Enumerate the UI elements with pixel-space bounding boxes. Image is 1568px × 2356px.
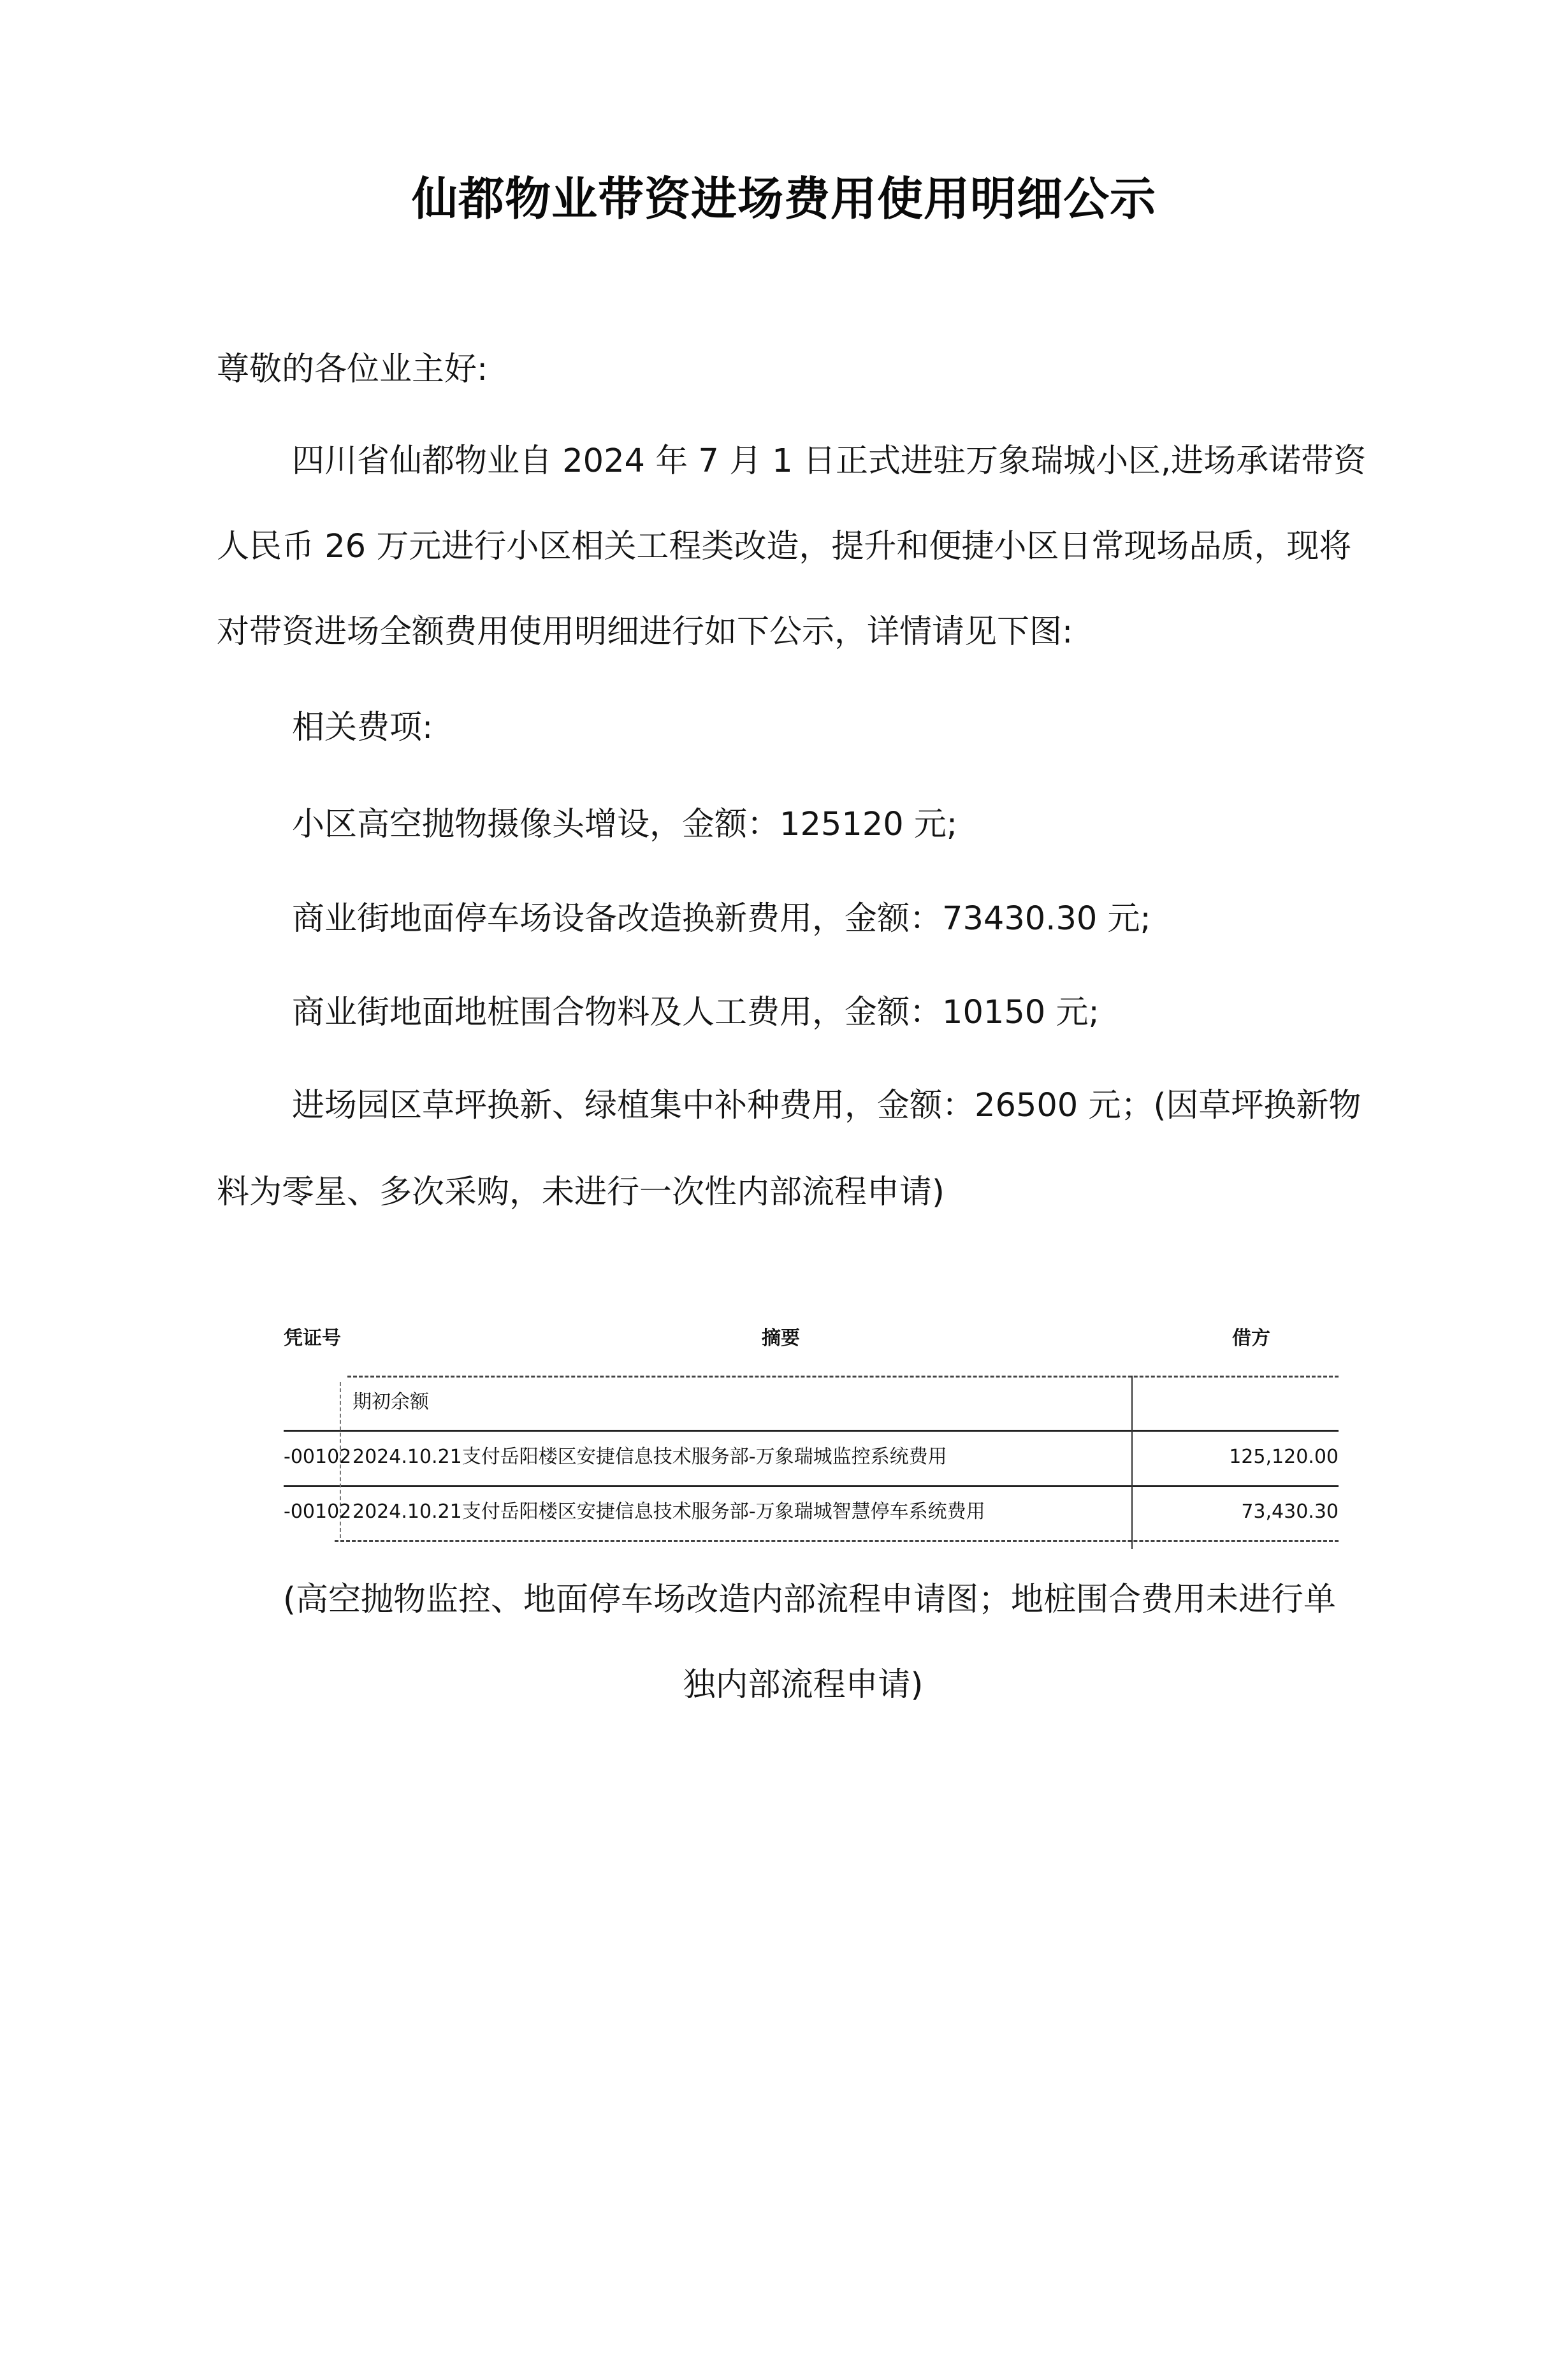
header-debit: 借方 [1232, 1326, 1270, 1351]
intro-line-1: 四川省仙都物业自 2024 年 7 月 1 日正式进驻万象瑞城小区,进场承诺带资 [292, 441, 1439, 482]
caption-line-1: (高空抛物监控、地面停车场改造内部流程申请图；地桩围合费用未进行单 [0, 1580, 1568, 1620]
document-page: 仙都物业带资进场费用使用明细公示 尊敬的各位业主好: 四川省仙都物业自 2024… [0, 0, 1568, 2356]
ledger-table: 凭证号 摘要 借方 期初余额 -00102 2024.10.21支付岳阳楼区安捷… [284, 1326, 1339, 1536]
caption-line-2: 独内部流程申请) [0, 1665, 1568, 1706]
header-summary: 摘要 [762, 1326, 800, 1351]
greeting: 尊敬的各位业主好: [217, 349, 1364, 390]
row-1-summary: 2024.10.21支付岳阳楼区安捷信息技术服务部-万象瑞城监控系统费用 [352, 1444, 947, 1470]
header-voucher-no: 凭证号 [284, 1326, 341, 1351]
table-rule [347, 1376, 1339, 1378]
expense-item-bollard: 商业街地面地桩围合物料及人工费用，金额：10150 元; [292, 993, 1439, 1033]
row-2-voucher-no: -00102 [284, 1499, 351, 1525]
table-rule [284, 1430, 1339, 1432]
table-rule [284, 1485, 1339, 1487]
row-1-voucher-no: -00102 [284, 1444, 351, 1470]
expense-item-lawn-line-2: 料为零星、多次采购，未进行一次性内部流程申请) [217, 1172, 1364, 1213]
row-2-debit: 73,430.30 [1141, 1499, 1339, 1525]
document-title: 仙都物业带资进场费用使用明细公示 [0, 167, 1568, 231]
expense-item-parking: 商业街地面停车场设备改造换新费用，金额：73430.30 元; [292, 899, 1439, 940]
table-rule [335, 1540, 1339, 1542]
expense-item-lawn-line-1: 进场园区草坪换新、绿植集中补种费用，金额：26500 元；(因草坪换新物 [292, 1086, 1439, 1126]
row-2-summary: 2024.10.21支付岳阳楼区安捷信息技术服务部-万象瑞城智慧停车系统费用 [352, 1499, 985, 1525]
intro-line-2: 人民币 26 万元进行小区相关工程类改造，提升和便捷小区日常现场品质，现将 [217, 527, 1364, 567]
row-opening-balance-summary: 期初余额 [352, 1390, 429, 1415]
items-heading: 相关费项: [292, 708, 1439, 748]
expense-item-camera: 小区高空抛物摄像头增设，金额：125120 元; [292, 804, 1439, 845]
row-1-debit: 125,120.00 [1141, 1444, 1339, 1470]
table-divider [1131, 1376, 1133, 1549]
intro-line-3: 对带资进场全额费用使用明细进行如下公示，详情请见下图: [217, 612, 1364, 653]
